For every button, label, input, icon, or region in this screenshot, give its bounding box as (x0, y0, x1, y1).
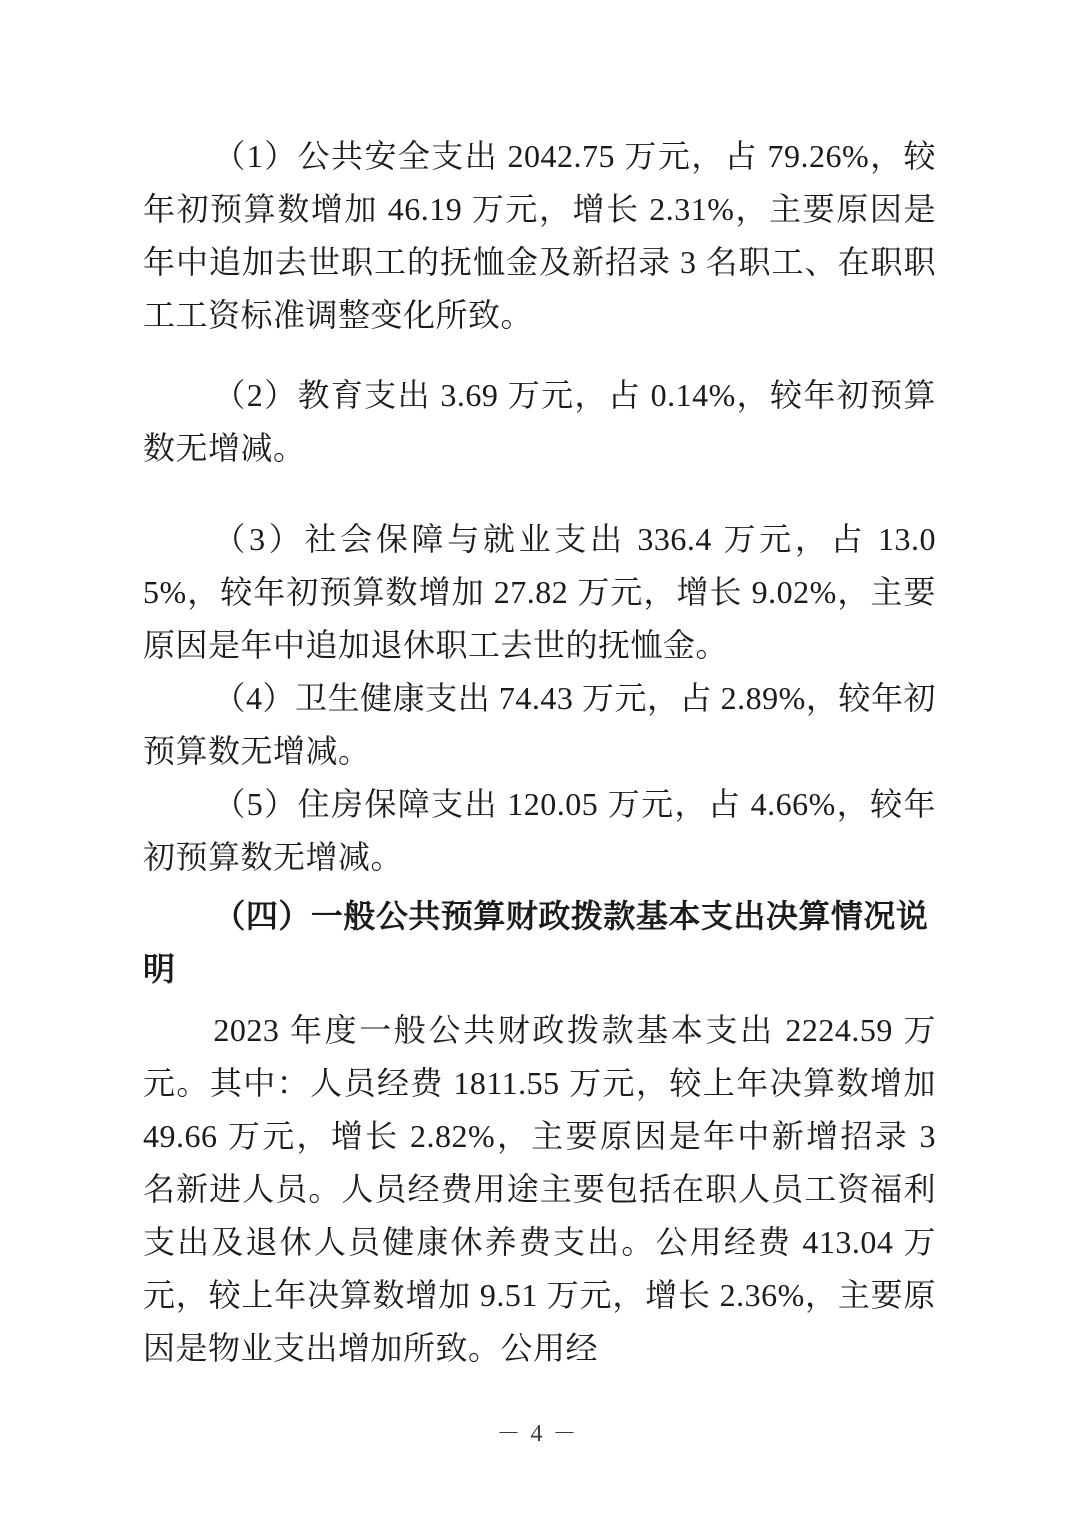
paragraph-item-4: （4）卫生健康支出 74.43 万元，占 2.89%，较年初预算数无增减。 (143, 672, 936, 778)
section-heading: （四）一般公共预算财政拨款基本支出决算情况说明 (143, 890, 936, 996)
document-page: （1）公共安全支出 2042.75 万元，占 79.26%，较年初预算数增加 4… (0, 0, 1075, 1520)
page-content: （1）公共安全支出 2042.75 万元，占 79.26%，较年初预算数增加 4… (143, 130, 936, 1375)
paragraph-item-3: （3）社会保障与就业支出 336.4 万元，占 13.05%，较年初预算数增加 … (143, 513, 936, 672)
paragraph-item-5: （5）住房保障支出 120.05 万元，占 4.66%，较年初预算数无增减。 (143, 778, 936, 884)
paragraph-item-1: （1）公共安全支出 2042.75 万元，占 79.26%，较年初预算数增加 4… (143, 130, 936, 342)
section-body-paragraph: 2023 年度一般公共财政拨款基本支出 2224.59 万元。其中：人员经费 1… (143, 1004, 936, 1375)
page-number: － 4 － (0, 1413, 1075, 1448)
paragraph-item-2: （2）教育支出 3.69 万元，占 0.14%，较年初预算数无增减。 (143, 369, 936, 475)
